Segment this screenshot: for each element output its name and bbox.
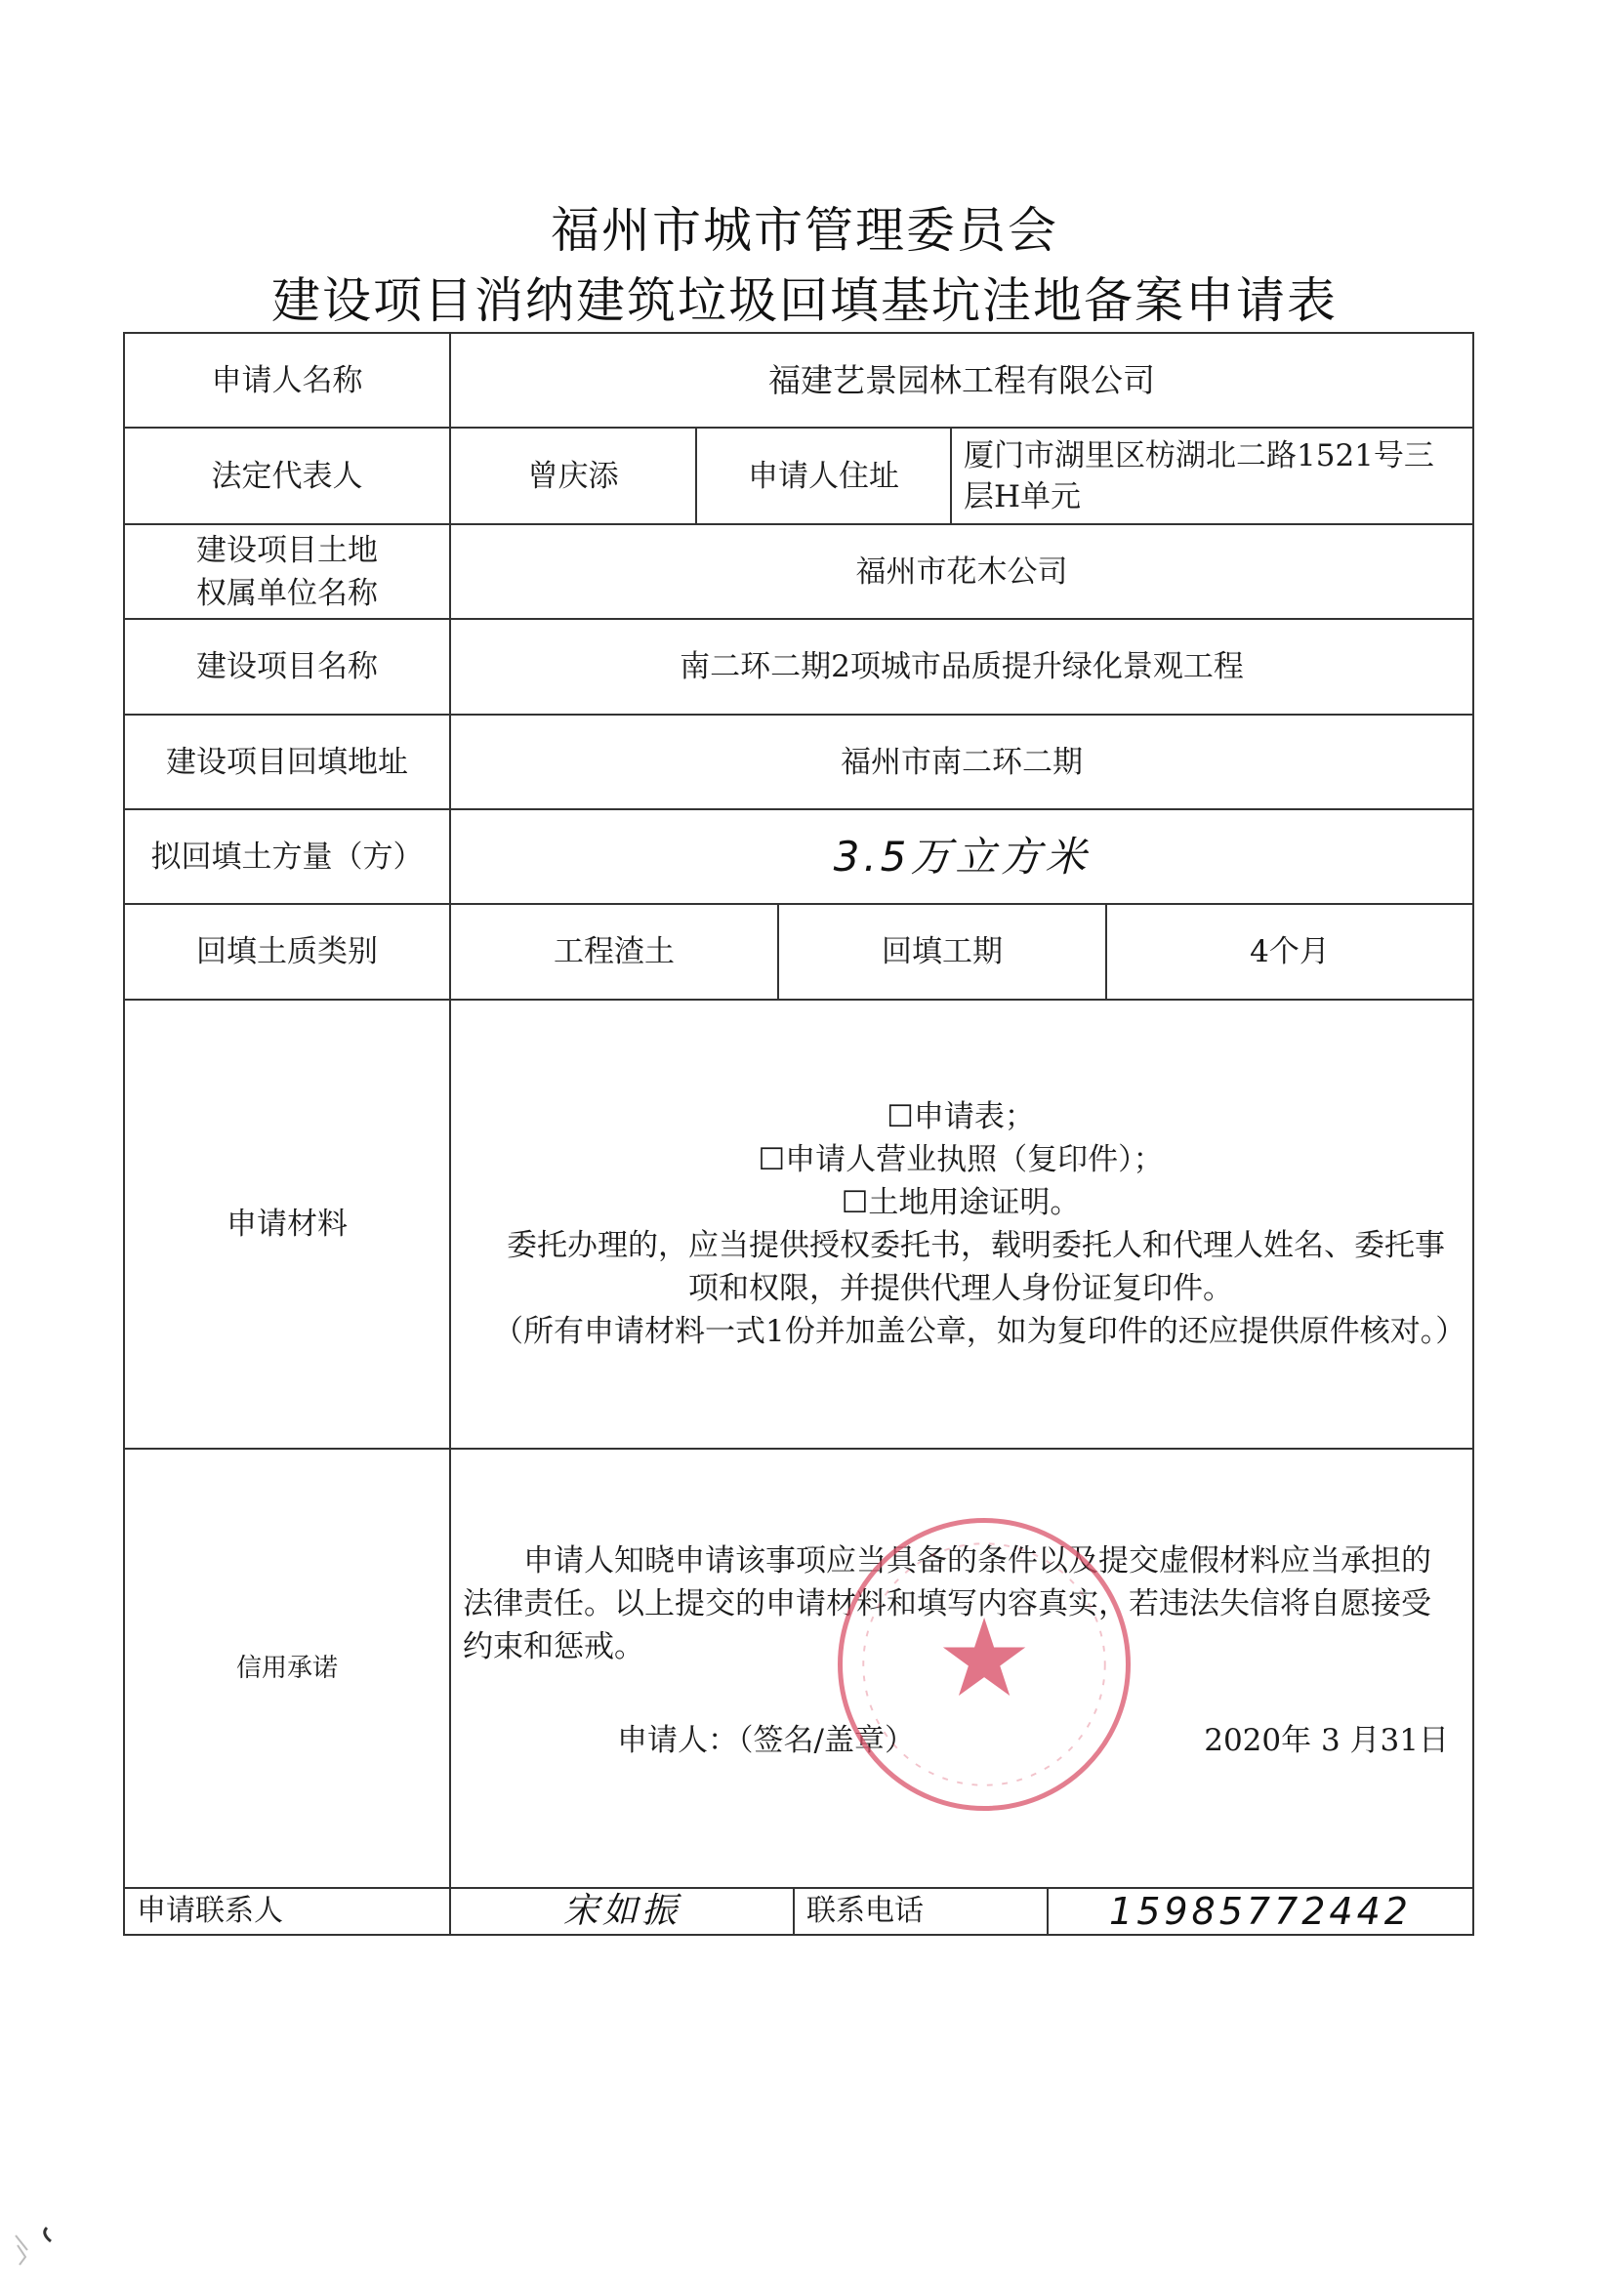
credit-promise-label: 信用承诺 — [125, 1450, 451, 1887]
checkbox-icon[interactable]: ☐ — [842, 1185, 869, 1220]
checkbox-icon[interactable]: ☐ — [887, 1099, 914, 1134]
phone-value: 15985772442 — [1049, 1889, 1472, 1934]
materials-content: ☐申请表； ☐申请人营业执照（复印件）； ☐土地用途证明。 委托办理的，应当提供… — [451, 1001, 1472, 1448]
backfill-volume-value: 3.5万立方米 — [451, 810, 1472, 903]
credit-promise-text: 申请人知晓申请该事项应当具备的条件以及提交虚假材料应当承担的法律责任。以上提交的… — [463, 1539, 1459, 1668]
signature-line: 申请人：（签名/盖章） 2020年 3 月31日 — [463, 1719, 1459, 1762]
backfill-volume-label: 拟回填土方量（方） — [125, 810, 451, 903]
scan-artifact-icon — [8, 2216, 66, 2275]
materials-item-text: 申请表； — [914, 1099, 1035, 1134]
backfill-address-label: 建设项目回填地址 — [125, 716, 451, 808]
row-soil-type: 回填土质类别 工程渣土 回填工期 4个月 — [125, 905, 1472, 1001]
row-credit-promise: 信用承诺 ★ 申请人知晓申请该事项应当具备的条件以及提交虚假材料应当承担的法律责… — [125, 1450, 1472, 1889]
applicant-name-value: 福建艺景园林工程有限公司 — [451, 334, 1472, 427]
contact-label: 申请联系人 — [125, 1889, 451, 1934]
applicant-name-label: 申请人名称 — [125, 334, 451, 427]
materials-note-copies: （所有申请材料一式1份并加盖公章，如为复印件的还应提供原件核对。） — [463, 1310, 1459, 1353]
contact-value: 宋如振 — [451, 1889, 795, 1934]
materials-item-text: 土地用途证明。 — [868, 1185, 1080, 1220]
backfill-address-value: 福州市南二环二期 — [451, 716, 1472, 808]
materials-item: ☐申请表； — [463, 1095, 1459, 1138]
legal-rep-label: 法定代表人 — [125, 429, 451, 523]
row-legal-rep: 法定代表人 曾庆添 申请人住址 厦门市湖里区枋湖北二路1521号三层H单元 — [125, 429, 1472, 525]
backfill-period-value: 4个月 — [1107, 905, 1472, 999]
row-materials: 申请材料 ☐申请表； ☐申请人营业执照（复印件）； ☐土地用途证明。 委托办理的… — [125, 1001, 1472, 1450]
row-project-name: 建设项目名称 南二环二期2项城市品质提升绿化景观工程 — [125, 620, 1472, 716]
row-contact: 申请联系人 宋如振 联系电话 15985772442 — [125, 1889, 1472, 1934]
signature-label: 申请人：（签名/盖章） — [617, 1719, 915, 1762]
materials-item-text: 申请人营业执照（复印件）； — [785, 1142, 1164, 1177]
soil-type-value: 工程渣土 — [451, 905, 779, 999]
legal-rep-value: 曾庆添 — [451, 429, 697, 523]
materials-item: ☐申请人营业执照（复印件）； — [463, 1138, 1459, 1181]
materials-item: ☐土地用途证明。 — [463, 1181, 1459, 1224]
checkbox-icon[interactable]: ☐ — [758, 1142, 785, 1177]
page-title-line1: 福州市城市管理委员会 — [0, 191, 1609, 262]
row-applicant-name: 申请人名称 福建艺景园林工程有限公司 — [125, 334, 1472, 429]
signature-date: 2020年 3 月31日 — [1204, 1719, 1449, 1762]
project-name-value: 南二环二期2项城市品质提升绿化景观工程 — [451, 620, 1472, 714]
soil-type-label: 回填土质类别 — [125, 905, 451, 999]
applicant-address-label: 申请人住址 — [697, 429, 952, 523]
row-backfill-volume: 拟回填土方量（方） 3.5万立方米 — [125, 810, 1472, 905]
application-form-table: 申请人名称 福建艺景园林工程有限公司 法定代表人 曾庆添 申请人住址 厦门市湖里… — [123, 332, 1474, 1936]
project-name-label: 建设项目名称 — [125, 620, 451, 714]
credit-promise-content: ★ 申请人知晓申请该事项应当具备的条件以及提交虚假材料应当承担的法律责任。以上提… — [451, 1450, 1472, 1887]
backfill-period-label: 回填工期 — [779, 905, 1107, 999]
materials-note-delegation: 委托办理的，应当提供授权委托书，载明委托人和代理人姓名、委托事项和权限，并提供代… — [463, 1224, 1459, 1310]
materials-label: 申请材料 — [125, 1001, 451, 1448]
phone-label: 联系电话 — [795, 1889, 1049, 1934]
row-land-owner: 建设项目土地权属单位名称 福州市花木公司 — [125, 525, 1472, 620]
land-owner-value: 福州市花木公司 — [451, 525, 1472, 618]
land-owner-label: 建设项目土地权属单位名称 — [125, 525, 451, 618]
row-backfill-address: 建设项目回填地址 福州市南二环二期 — [125, 716, 1472, 810]
applicant-address-value: 厦门市湖里区枋湖北二路1521号三层H单元 — [952, 429, 1472, 523]
page-title-line2: 建设项目消纳建筑垃圾回填基坑洼地备案申请表 — [0, 262, 1609, 332]
